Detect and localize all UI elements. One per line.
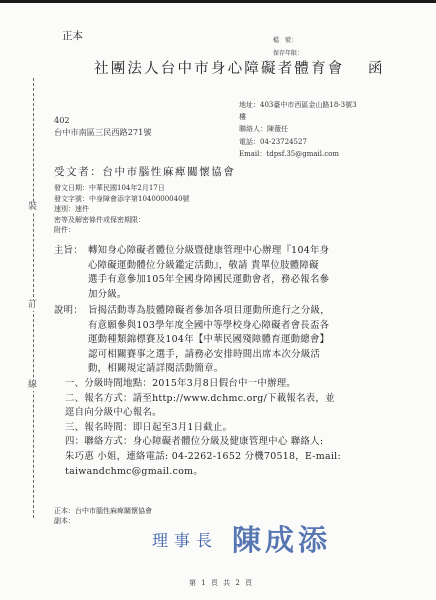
recipient-postcode: 402 xyxy=(54,114,70,126)
copy-type: 正本 xyxy=(62,28,83,43)
item-4-contact-email: taiwandchmc@gmail.com。 xyxy=(65,465,430,480)
item-list: 一、分級時間地點：2015年3月8日假台中一中辦理。 二、報名方式：請至http… xyxy=(65,377,430,479)
sender-info: 地址：403臺中市西區金山路18-3號3 樓 聯絡人：陳藢任 電話：04-237… xyxy=(239,99,357,160)
explanation-line: 運動種類錦標賽及104年【中華民國殘障體育運動總會】 xyxy=(88,333,424,348)
subject-line: 選手有意參加105年全國身障國民運動會者，務必報名參 xyxy=(88,273,424,288)
speed-class: 速別：速件 xyxy=(54,204,190,215)
recipient: 受文者：台中市腦性麻痺關懷協會 xyxy=(54,164,236,179)
item-4-contact: 四：聯絡方式：身心障礙者體位分級及健康管理中心 聯絡人: xyxy=(65,435,430,450)
page-indicator: 第 1 頁 共 2 頁 xyxy=(189,578,254,588)
item-4-contact-cont: 朱巧惠 小姐，連絡電話: 04-2262-1652 分機70518，E-mail… xyxy=(65,450,430,465)
document-number: 發文字號：中身障會添字第1040000040號 xyxy=(54,194,190,205)
explanation-section: 說明： 旨揭活動專為肢體障礙者參加各項目運動所進行之分級， 有意願參與103學年… xyxy=(54,304,424,377)
binding-mark-xian: 線 xyxy=(28,380,37,391)
item-1-time-location: 一、分級時間地點：2015年3月8日假台中一中辦理。 xyxy=(65,377,430,392)
attachments: 附件： xyxy=(54,225,190,236)
document-meta: 發文日期：中華民國104年2月17日 發文字號：中身障會添字第104000004… xyxy=(54,183,190,236)
explanation-line: 認可相關賽事之選手，請務必安排時間出席本次分級活 xyxy=(88,348,424,363)
original-recipient: 正本：台中市腦性麻痺關懷協會 xyxy=(54,506,152,516)
sender-address-line1: 地址：403臺中市西區金山路18-3號3 xyxy=(239,99,357,111)
binding-mark-zhuang: 裝 xyxy=(28,202,37,213)
explanation-line: 動，相關規定請詳閱活動簡章。 xyxy=(88,362,424,377)
recipient-street: 台中市南區三民西路271號 xyxy=(54,126,152,138)
retention-label: 保存年限： xyxy=(273,48,303,57)
subject-line: 加分級。 xyxy=(88,288,424,303)
explanation-line: 有意願參與103學年度全國中等學校身心障礙者會長盃各 xyxy=(88,319,424,334)
binding-dashed-line xyxy=(33,78,34,518)
explanation-line: 旨揭活動專為肢體障礙者參加各項目運動所進行之分級， xyxy=(88,304,424,319)
binding-mark-ding: 訂 xyxy=(28,300,37,311)
sender-contact: 聯絡人：陳藢任 xyxy=(239,123,357,135)
signature-name-stamp: 陳成添 xyxy=(232,518,331,559)
explanation-label: 說明： xyxy=(54,304,83,319)
subject-line: 心障礙運動體位分級鑑定活動』，敬請 貴單位肢體障礙 xyxy=(88,259,424,274)
distribution: 正本：台中市腦性麻痺關懷協會 副本： xyxy=(54,506,152,526)
copy-recipient: 副本： xyxy=(54,516,152,526)
sender-email: Email：tdpsf.35@gmail.com xyxy=(239,148,357,160)
sender-phone: 電話：04-23724527 xyxy=(239,136,357,148)
item-3-registration-period: 三、報名時間：即日起至3月1日截止。 xyxy=(65,421,430,436)
item-2-registration-method-cont: 逕自向分級中心報名。 xyxy=(65,406,430,421)
file-no-label: 檔 號： xyxy=(273,35,297,44)
subject-label: 主旨： xyxy=(54,244,83,259)
document-title: 社團法人台中市身心障礙者體育會 函 xyxy=(94,57,385,78)
sender-address-line2: 樓 xyxy=(239,111,357,123)
signature-title-stamp: 理事長 xyxy=(152,528,218,551)
issue-date: 發文日期：中華民國104年2月17日 xyxy=(54,183,190,194)
item-2-registration-method: 二、報名方式：請至http://www.dchmc.org/下載報名表，並 xyxy=(65,392,430,407)
secrecy-level: 密等及解密條件或保密期限： xyxy=(54,215,190,226)
subject-section: 主旨： 轉知身心障礙者體位分級暨健康管理中心辦理『104年身 心障礙運動體位分級… xyxy=(54,244,424,302)
subject-line: 轉知身心障礙者體位分級暨健康管理中心辦理『104年身 xyxy=(88,244,424,259)
